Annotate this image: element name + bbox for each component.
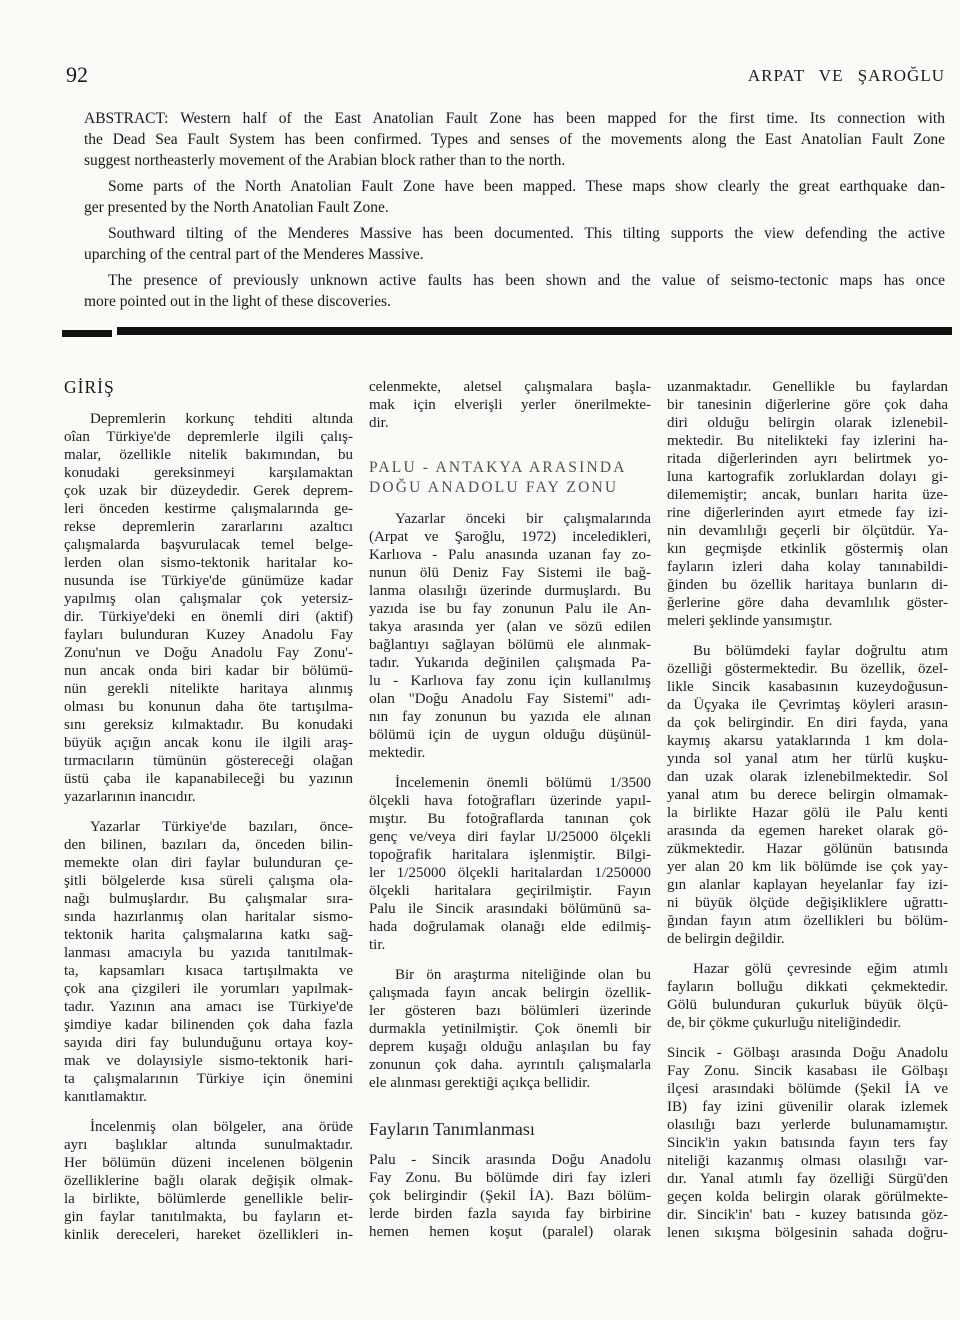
text-line: ta, kapsamları kısaca tartışılmakta ve xyxy=(64,962,353,980)
text-line: yapılmış olan çalışmalar çok yetersiz- xyxy=(64,590,353,608)
section-heading-palu-antakya: PALU - ANTAKYA ARASINDADOĞU ANADOLU FAY … xyxy=(369,458,651,498)
text-line: la birlikte, bölümlerde genellikle belir… xyxy=(64,1190,353,1208)
text-line: sını gereksiz kılmaktadır. Bu konudaki xyxy=(64,716,353,734)
text-line: The presence of previously unknown activ… xyxy=(84,270,945,291)
text-line: çalışmalarda başvurulacak temel belge- xyxy=(64,536,353,554)
text-line: nin devamlılığı geçerli bir ölçütdür. Ya… xyxy=(667,522,948,540)
col3-paragraph-1: Bu bölümdeki faylar doğrultu atımözelliğ… xyxy=(667,642,948,948)
text-line: mektedir. Bu nitelikteki fay izlerini ha… xyxy=(667,432,948,450)
text-line: nunun ölü Deniz Fay Sistemi ile bağ- xyxy=(369,564,651,582)
text-line: da çok belirgindir. En diri fayda, yana xyxy=(667,714,948,732)
heading-line: DOĞU ANADOLU FAY ZONU xyxy=(369,478,651,498)
text-line: more pointed out in the light of these d… xyxy=(84,291,945,312)
text-line: yer alan 20 km lik bölümde ise çok yay- xyxy=(667,858,948,876)
text-line: leri önceden kestirme çalışmalarında ge- xyxy=(64,500,353,518)
text-line: topoğrafik haritalara işlenmiştir. Bilgi… xyxy=(369,846,651,864)
text-line: geçen kolda belirgin olarak görülmekte- xyxy=(667,1188,948,1206)
text-line: Karlıova - Palu anasında uzanan fay zo- xyxy=(369,546,651,564)
col2-paragraph-4: Palu - Sincik arasında Doğu AnadoluFay Z… xyxy=(369,1151,651,1241)
section-divider-rule-left xyxy=(62,330,112,337)
text-line: Depremlerin korkunç tehditi altında xyxy=(64,410,353,428)
text-column-1: GİRİŞDepremlerin korkunç tehditi altında… xyxy=(64,376,353,1244)
text-line: çok ana çizgileri ile yorumları yapılmak… xyxy=(64,980,353,998)
text-line: çok belirgindir (Şekil İA). Bazı bölüm- xyxy=(369,1187,651,1205)
text-line: ger presented by the North Anatolian Fau… xyxy=(84,197,945,218)
text-line: üstü çaba ile kapanabileceği bu yazının xyxy=(64,770,353,788)
text-line: lenen sıkışma bölgesinin sahada doğru- xyxy=(667,1224,948,1242)
text-line: lanma olasılığı üzerinde durmuşlardı. Bu xyxy=(369,582,651,600)
text-line: la birlikte Hazar gölü ile Palu kenti xyxy=(667,804,948,822)
text-line: Bir ön araştırma niteliğinde olan bu xyxy=(369,966,651,984)
col2-paragraph-2: İncelemenin önemli bölümü 1/3500ölçekli … xyxy=(369,774,651,954)
text-line: bağlantıyı sağlayan bölümü ele alınmak- xyxy=(369,636,651,654)
text-line: konudaki gereksinmeyi karşılamaktan xyxy=(64,464,353,482)
text-line: mıştır. Bu fotoğraflarda tanınan çok xyxy=(369,810,651,828)
text-line: takya arasında yer (alan ve sözü edilen xyxy=(369,618,651,636)
text-line: rekse depremlerin zararlarını azaltıcı xyxy=(64,518,353,536)
text-line: nün gerekli nitelikte haritaya alınmış xyxy=(64,680,353,698)
text-line: ele alınması gerektiği açıkça bellidir. xyxy=(369,1074,651,1092)
text-line: olan "Doğu Anadolu Fay Sistemi" adı- xyxy=(369,690,651,708)
text-line: (Arpat ve Şaroğlu, 1972) inceledikleri, xyxy=(369,528,651,546)
text-line: ABSTRACT: Western half of the East Anato… xyxy=(84,108,945,129)
text-line: yazarlarının inancıdır. xyxy=(64,788,353,806)
col2-paragraph-3: Bir ön araştırma niteliğinde olan buçalı… xyxy=(369,966,651,1092)
text-line: rine diğerlerinden ayırt etmede fay izi- xyxy=(667,504,948,522)
text-line: İncelemenin önemli bölümü 1/3500 xyxy=(369,774,651,792)
text-line: Her bölümün düzeni incelenen bölgenin xyxy=(64,1154,353,1172)
text-line: kinlik dereceleri, hareket özellikleri i… xyxy=(64,1226,353,1244)
text-line: hemen hemen koşut (paralel) olarak xyxy=(369,1223,651,1241)
text-line: büyük açığın ancak konu ile ilgili araş- xyxy=(64,734,353,752)
text-line: mak için elverişli yerler önerilmekte- xyxy=(369,396,651,414)
text-line: lerde birden fazla sayıda fay birbirine xyxy=(369,1205,651,1223)
text-line: Bu bölümdeki faylar doğrultu atım xyxy=(667,642,948,660)
text-line: ğinden bu özellik haritaya bunların di- xyxy=(667,576,948,594)
text-line: den bilinen, bazıları da, önceden bilin- xyxy=(64,836,353,854)
text-line: sında hazırlanmış olan haritalar sismo- xyxy=(64,908,353,926)
col3-paragraph-3: Sincik - Gölbaşı arasında Doğu AnadoluFa… xyxy=(667,1044,948,1242)
text-line: the Dead Sea Fault System has been confi… xyxy=(84,129,945,150)
text-line: Southward tilting of the Menderes Massiv… xyxy=(84,223,945,244)
text-line: şimdiye kadar bilinenden çok daha fazla xyxy=(64,1016,353,1034)
abstract-paragraph-1: ABSTRACT: Western half of the East Anato… xyxy=(84,108,945,171)
text-line: özelliği göstermektedir. Bu özellik, öze… xyxy=(667,660,948,678)
text-line: Fay Zonu. Bu bölümde diri fay izleri xyxy=(369,1169,651,1187)
text-line: şitli bölgelerde kısa süreli çalışma ola… xyxy=(64,872,353,890)
text-line: olasılığı bazı yerlerde bulunamamıştır. xyxy=(667,1116,948,1134)
text-line: genç ve/veya diri faylar lJ/25000 ölçekl… xyxy=(369,828,651,846)
text-line: memekte olan diri faylar bulunduran çe- xyxy=(64,854,353,872)
scanned-paper-page: 92 ARPAT VE ŞAROĞLU ABSTRACT: Western ha… xyxy=(0,0,960,1320)
text-line: deprem kuşağı olduğu anlaşılan bu fay xyxy=(369,1038,651,1056)
heading-line: PALU - ANTAKYA ARASINDA xyxy=(369,458,651,478)
section-divider-rule-main xyxy=(117,327,952,335)
text-line: nun ancak onda biri kadar bir bölümü- xyxy=(64,662,353,680)
abstract-section: ABSTRACT: Western half of the East Anato… xyxy=(84,108,945,312)
col3-continuation-paragraph: uzanmaktadır. Genellikle bu faylardanbir… xyxy=(667,378,948,630)
text-line: uparching of the central part of the Men… xyxy=(84,244,945,265)
text-line: tir. xyxy=(369,936,651,954)
abstract-paragraph-4: The presence of previously unknown activ… xyxy=(84,270,945,312)
text-line: mak ve dolayısiyle sismo-tektonik hari- xyxy=(64,1052,353,1070)
text-line: durmakla yetinilmiştir. Çok önemli bir xyxy=(369,1020,651,1038)
col1-paragraph-2: Yazarlar Türkiye'de bazıları, önce-den b… xyxy=(64,818,353,1106)
text-line: diri olduğu belirgin olarak izlenebil- xyxy=(667,414,948,432)
text-line: fayların izleri daha kolay tanınabildi- xyxy=(667,558,948,576)
text-line: suggest northeasterly movement of the Ar… xyxy=(84,150,945,171)
text-line: tadır. Yukarıda değinilen çalışmada Pa- xyxy=(369,654,651,672)
text-column-2: celenmekte, aletsel çalışmalara başla-ma… xyxy=(369,378,651,1241)
text-line: ğından fayın atım özellikleri bu bölüm- xyxy=(667,912,948,930)
text-line: lu - Karlıova fay zonu için kullanılmış xyxy=(369,672,651,690)
text-line: Palu - Sincik arasında Doğu Anadolu xyxy=(369,1151,651,1169)
col3-paragraph-2: Hazar gölü çevresinde eğim atımlıfayları… xyxy=(667,960,948,1032)
section-heading-giris: GİRİŞ xyxy=(64,376,353,398)
heading-line: Fayların Tanımlanması xyxy=(369,1119,651,1139)
abstract-paragraph-2: Some parts of the North Anatolian Fault … xyxy=(84,176,945,218)
text-line: çalışmada fayın ancak belirgin özellik- xyxy=(369,984,651,1002)
text-line: mektedir. xyxy=(369,744,651,762)
text-line: İncelenmiş olan bölgeler, ana örüde xyxy=(64,1118,353,1136)
text-line: yazıda ise bu fay zonunun Palu ile An- xyxy=(369,600,651,618)
text-line: zükmektedir. Hazar gölünün batısında xyxy=(667,840,948,858)
text-line: de belirgin değildir. xyxy=(667,930,948,948)
text-line: Sincik'in yakın batısında fayın ters fay xyxy=(667,1134,948,1152)
text-line: zonunun çok daha. ayrıntılı çalışmalarla xyxy=(369,1056,651,1074)
text-line: Palu ile Sincik arasındaki bölümünü sa- xyxy=(369,900,651,918)
text-line: kanıtlamaktır. xyxy=(64,1088,353,1106)
text-line: ler 1/25000 ölçekli haritalardan 1/25000… xyxy=(369,864,651,882)
text-line: lanması amacıyla bu yazıda tanıtılmak- xyxy=(64,944,353,962)
text-line: likle Sincik kasabasının kuzeydoğusun- xyxy=(667,678,948,696)
text-line: de, bir çökme çukurluğu niteliğindedir. xyxy=(667,1014,948,1032)
text-line: özelliklerine bağlı olarak değişik olmak… xyxy=(64,1172,353,1190)
text-line: arasında da egemen hareket olarak gö- xyxy=(667,822,948,840)
col1-paragraph-3: İncelenmiş olan bölgeler, ana örüdeayrı … xyxy=(64,1118,353,1244)
text-line: ta çalışmalarının Türkiye için önemini xyxy=(64,1070,353,1088)
col2-continuation-paragraph: celenmekte, aletsel çalışmalara başla-ma… xyxy=(369,378,651,432)
text-line: Yazarlar önceki bir çalışmalarında xyxy=(369,510,651,528)
text-line: hada doğrulamak olanağı elde edilmiş- xyxy=(369,918,651,936)
text-line: ritada diğerlerinden ayrı belirtmek yo- xyxy=(667,450,948,468)
text-column-3: uzanmaktadır. Genellikle bu faylardanbir… xyxy=(667,378,948,1242)
text-line: dan uzak olarak izlenebilmektedir. Sol xyxy=(667,768,948,786)
text-line: lerden olan sismo-tektonik haritalar ko- xyxy=(64,554,353,572)
text-line: nağı bulmuşlardır. Bu çalışmalar sıra- xyxy=(64,890,353,908)
text-line: nın fay zonunun bu yazıda ele alınan xyxy=(369,708,651,726)
text-line: tırmacıların tümünün göstereceği olağan xyxy=(64,752,353,770)
col1-paragraph-1: Depremlerin korkunç tehditi altındaoîan … xyxy=(64,410,353,806)
text-line: yanal atım bu derece belirgin olmamak- xyxy=(667,786,948,804)
text-line: Hazar gölü çevresinde eğim atımlı xyxy=(667,960,948,978)
text-line: malar, özellikle nitelik bakımından, bu xyxy=(64,446,353,464)
text-line: Gölü bulunduran çukurluk büyük ölçü- xyxy=(667,996,948,1014)
text-line: olması bu konunun daha öte tartışılma- xyxy=(64,698,353,716)
text-line: bölümü için de uygun olduğu düşünül- xyxy=(369,726,651,744)
text-line: uzanmaktadır. Genellikle bu faylardan xyxy=(667,378,948,396)
text-line: çok uzak bir düzeydedir. Gerek deprem- xyxy=(64,482,353,500)
abstract-paragraph-3: Southward tilting of the Menderes Massiv… xyxy=(84,223,945,265)
text-line: dır. Yanal atımlı fay özelliği Sürgü'den xyxy=(667,1170,948,1188)
section-heading-faylarin-tanimlanmasi: Fayların Tanımlanması xyxy=(369,1119,651,1139)
text-line: tadır. Yazının ana amacı ise Türkiye'de xyxy=(64,998,353,1016)
text-line: yında sol yanal atım her türlü kuşku- xyxy=(667,750,948,768)
text-line: dir. xyxy=(369,414,651,432)
text-line: da Üçyaka ile Çevrimtaş köyleri arasın- xyxy=(667,696,948,714)
text-line: oîan Türkiye'de depremlerle ilgili çalış… xyxy=(64,428,353,446)
text-line: meleri şeklinde yansımıştır. xyxy=(667,612,948,630)
text-line: IB) fay izini güvenilir olarak izlemek xyxy=(667,1098,948,1116)
heading-line: GİRİŞ xyxy=(64,376,353,398)
text-line: Zonu'nun ve Doğu Anadolu Fay Zonu'- xyxy=(64,644,353,662)
text-line: ler gösteren bazı bölümleri üzerinde xyxy=(369,1002,651,1020)
text-line: ayrı başlıklar altında sunulmaktadır. xyxy=(64,1136,353,1154)
text-line: ğerlerine göre daha devamlılık göster- xyxy=(667,594,948,612)
text-line: dir. Türkiye'deki en önemli diri (aktif) xyxy=(64,608,353,626)
text-line: Some parts of the North Anatolian Fault … xyxy=(84,176,945,197)
text-line: celenmekte, aletsel çalışmalara başla- xyxy=(369,378,651,396)
text-line: nusunda ise Türkiye'de günümüze kadar xyxy=(64,572,353,590)
text-line: bir tanesinin diğerlerine göre çok daha xyxy=(667,396,948,414)
col2-paragraph-1: Yazarlar önceki bir çalışmalarında(Arpat… xyxy=(369,510,651,762)
running-head-authors: ARPAT VE ŞAROĞLU xyxy=(748,66,945,86)
text-line: kın geçmişde etkinlik göstermiş olan xyxy=(667,540,948,558)
text-line: dilememiştir; ancak, bunları harita üze- xyxy=(667,486,948,504)
text-line: dir. Sincik'in' batı - kuzey batısında g… xyxy=(667,1206,948,1224)
text-line: gin faylar tanıtılmakta, bu fayların et- xyxy=(64,1208,353,1226)
page-number: 92 xyxy=(66,62,88,88)
text-line: ölçekli haritalara geçirilmiştir. Fayın xyxy=(369,882,651,900)
text-line: Yazarlar Türkiye'de bazıları, önce- xyxy=(64,818,353,836)
text-line: kaymış akarsu yataklarında 1 km dola- xyxy=(667,732,948,750)
text-line: niteliği kazanmış olması olasılığı var- xyxy=(667,1152,948,1170)
text-line: Sincik - Gölbaşı arasında Doğu Anadolu xyxy=(667,1044,948,1062)
text-line: Fay Zonu. Sincik kasabası ile Gölbaşı xyxy=(667,1062,948,1080)
text-line: fayları bulunduran Kuzey Anadolu Fay xyxy=(64,626,353,644)
text-line: fayların bolluğu dikkati çekmektedir. xyxy=(667,978,948,996)
text-line: sayıda diri fay bulunduğunu ortaya koy- xyxy=(64,1034,353,1052)
text-line: luna kartografik zorluklardan dolayı gi- xyxy=(667,468,948,486)
text-line: tektonik harita çalışmalarına katkı sağ- xyxy=(64,926,353,944)
text-line: ilçesi arasındaki bölümde (Şekil İA ve xyxy=(667,1080,948,1098)
text-line: ni büyük ölçüde değişikliklere uğrattı- xyxy=(667,894,948,912)
text-line: ölçekli hava fotoğrafları üzerinde yapıl… xyxy=(369,792,651,810)
text-line: gın alanlar kaplayan heyelanlar fay izi- xyxy=(667,876,948,894)
